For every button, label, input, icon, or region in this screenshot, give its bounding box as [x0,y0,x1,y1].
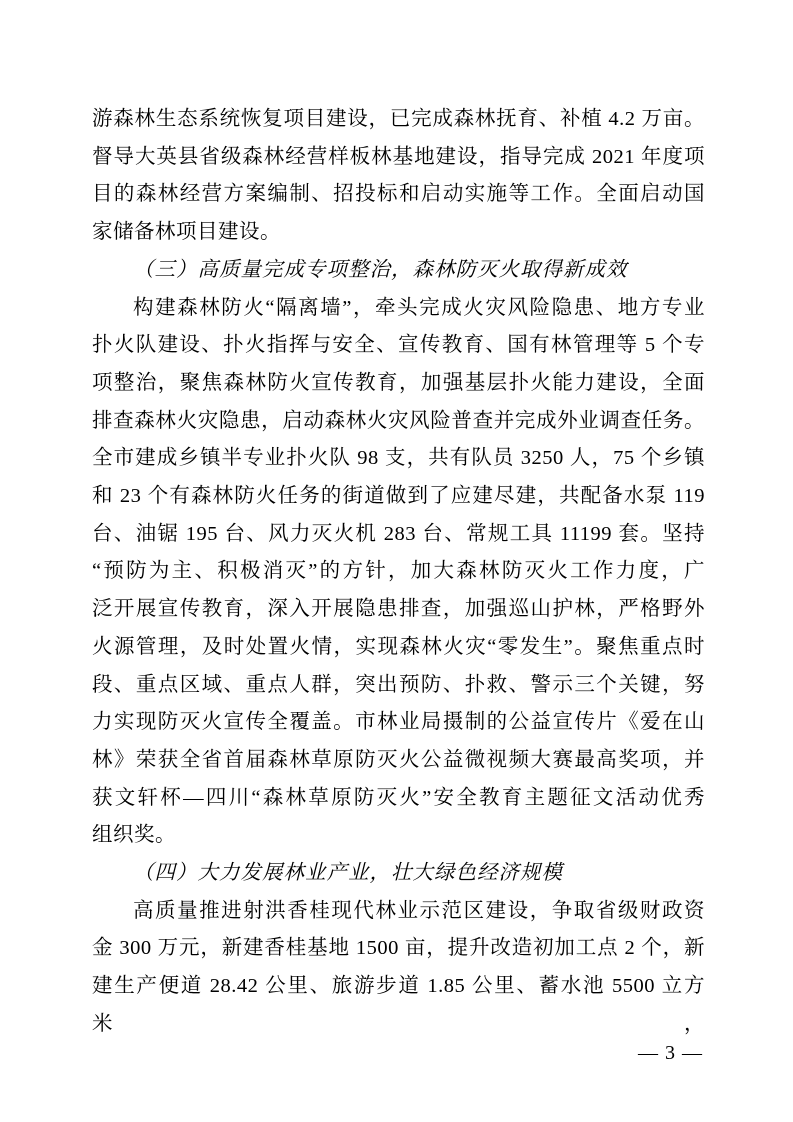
text-line: 获文轩杯—四川“森林草原防灭火”安全教育主题征文活动优秀 [92,780,705,818]
text-line: 力实现防灭火宣传全覆盖。市林业局摄制的公益宣传片《爱在山 [92,704,705,742]
text-line: 家储备林项目建设。 [92,214,705,252]
section-heading: （三）高质量完成专项整治，森林防灭火取得新成效 [92,252,705,290]
page-number: — 3 — [638,1038,703,1068]
text-line: 段、重点区域、重点人群，突出预防、扑救、警示三个关键，努 [92,667,705,705]
text-line: 游森林生态系统恢复项目建设，已完成森林抚育、补植 4.2 万亩。 [92,101,705,139]
text-line: 组织奖。 [92,817,705,855]
text-line: 金 300 万元，新建香桂基地 1500 亩，提升改造初加工点 2 个，新 [92,930,705,968]
text-line: 全市建成乡镇半专业扑火队 98 支，共有队员 3250 人，75 个乡镇 [92,440,705,478]
document-page: 游森林生态系统恢复项目建设，已完成森林抚育、补植 4.2 万亩。督导大英县省级森… [0,0,793,1122]
text-line: 台、油锯 195 台、风力灭火机 283 台、常规工具 11199 套。坚持 [92,516,705,554]
text-line: 建生产便道 28.42 公里、旅游步道 1.85 公里、蓄水池 5500 立方米… [92,968,705,1043]
text-line: 构建森林防火“隔离墙”，牵头完成火灾风险隐患、地方专业 [92,290,705,328]
text-line: 和 23 个有森林防火任务的街道做到了应建尽建，共配备水泵 119 [92,478,705,516]
text-line: 排查森林火灾隐患，启动森林火灾风险普查并完成外业调查任务。 [92,403,705,441]
text-line: 林》荣获全省首届森林草原防灭火公益微视频大赛最高奖项，并 [92,742,705,780]
section-heading: （四）大力发展林业产业，壮大绿色经济规模 [92,855,705,893]
text-line: 泛开展宣传教育，深入开展隐患排查，加强巡山护林，严格野外 [92,591,705,629]
text-line: 高质量推进射洪香桂现代林业示范区建设，争取省级财政资 [92,893,705,931]
text-line: “预防为主、积极消灭”的方针，加大森林防灭火工作力度，广 [92,553,705,591]
text-line: 督导大英县省级森林经营样板林基地建设，指导完成 2021 年度项 [92,139,705,177]
text-line: 目的森林经营方案编制、招投标和启动实施等工作。全面启动国 [92,176,705,214]
text-line: 火源管理，及时处置火情，实现森林火灾“零发生”。聚焦重点时 [92,629,705,667]
text-line: 项整治，聚焦森林防火宣传教育，加强基层扑火能力建设，全面 [92,365,705,403]
document-body: 游森林生态系统恢复项目建设，已完成森林抚育、补植 4.2 万亩。督导大英县省级森… [92,101,705,1044]
text-line: 扑火队建设、扑火指挥与安全、宣传教育、国有林管理等 5 个专 [92,327,705,365]
